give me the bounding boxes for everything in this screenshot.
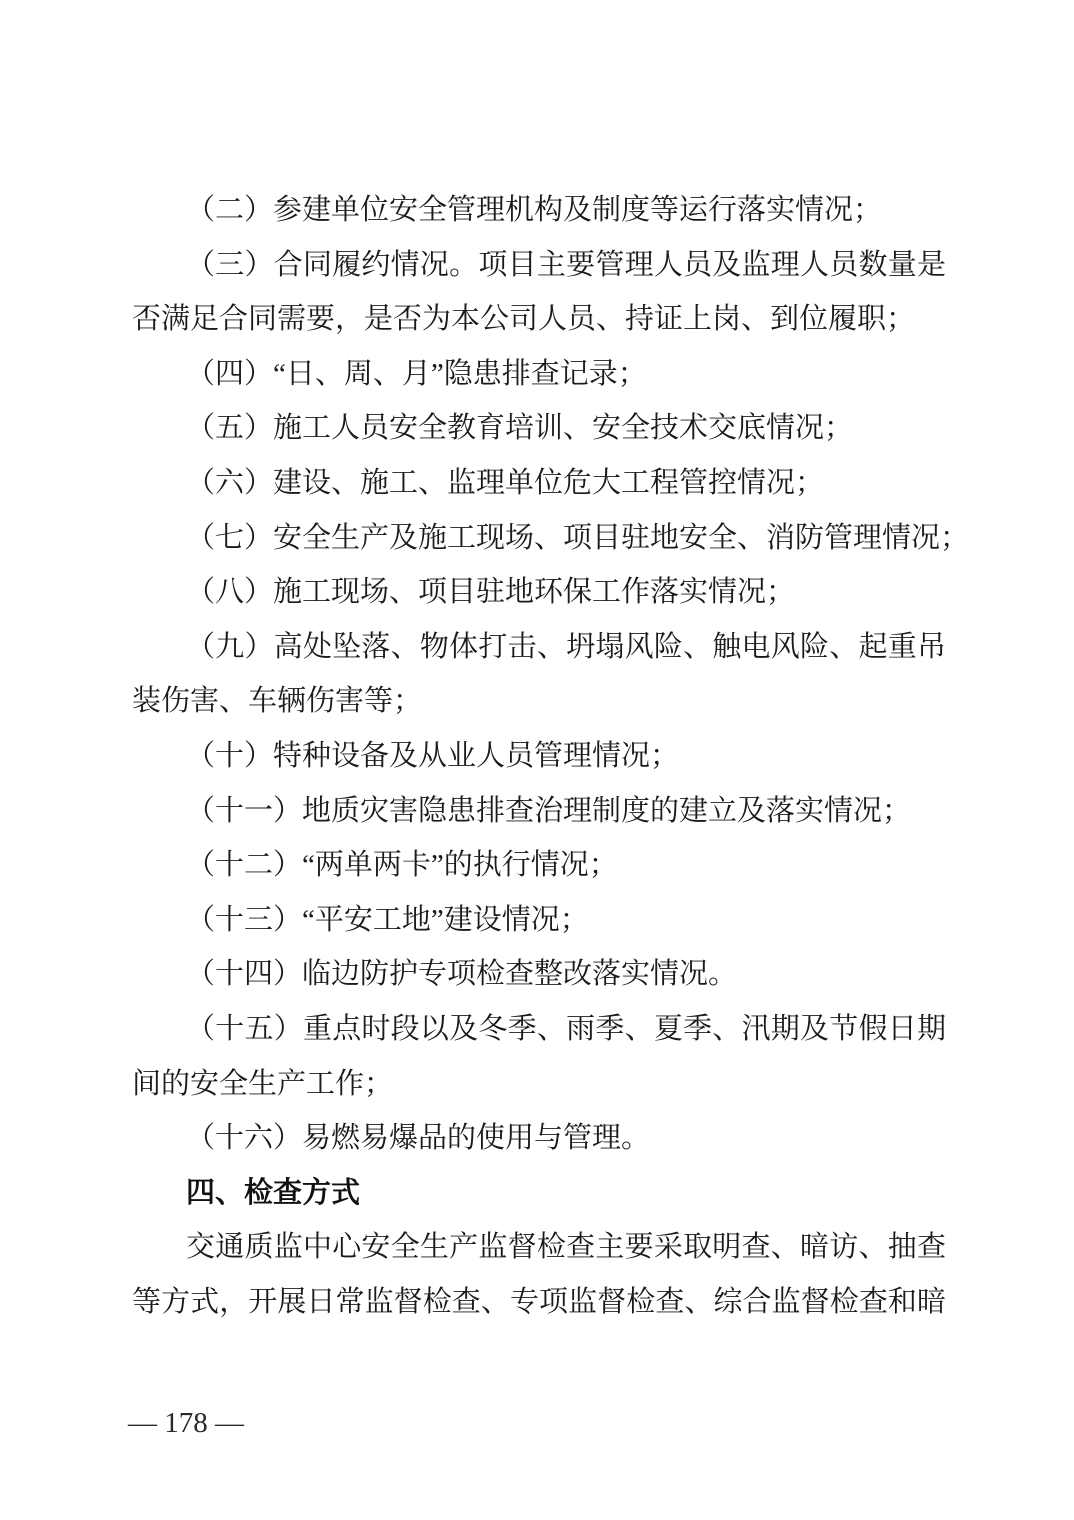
list-item-7: （七）安全生产及施工现场、项目驻地安全、消防管理情况； [132, 511, 946, 566]
list-item-3-line-2: 否满足合同需要，是否为本公司人员、持证上岗、到位履职； [132, 292, 946, 347]
document-body: （二）参建单位安全管理机构及制度等运行落实情况； （三）合同履约情况。项目主要管… [132, 183, 946, 1329]
document-page: （二）参建单位安全管理机构及制度等运行落实情况； （三）合同履约情况。项目主要管… [0, 0, 1074, 1520]
list-item-16: （十六）易燃易爆品的使用与管理。 [132, 1111, 946, 1166]
list-item-14: （十四）临边防护专项检查整改落实情况。 [132, 947, 946, 1002]
paragraph-line-1: 交通质监中心安全生产监督检查主要采取明查、暗访、抽查 [132, 1220, 946, 1275]
list-item-11: （十一）地质灾害隐患排查治理制度的建立及落实情况； [132, 784, 946, 839]
paragraph-line-2: 等方式，开展日常监督检查、专项监督检查、综合监督检查和暗 [132, 1275, 946, 1330]
list-item-9-line-1: （九）高处坠落、物体打击、坍塌风险、触电风险、起重吊 [132, 620, 946, 675]
list-item-8: （八）施工现场、项目驻地环保工作落实情况； [132, 565, 946, 620]
section-heading: 四、检查方式 [132, 1166, 946, 1221]
page-number: — 178 — [128, 1398, 244, 1448]
list-item-10: （十）特种设备及从业人员管理情况； [132, 729, 946, 784]
list-item-3-line-1: （三）合同履约情况。项目主要管理人员及监理人员数量是 [132, 238, 946, 293]
list-item-9-line-2: 装伤害、车辆伤害等； [132, 674, 946, 729]
list-item-12: （十二）“两单两卡”的执行情况； [132, 838, 946, 893]
list-item-2: （二）参建单位安全管理机构及制度等运行落实情况； [132, 183, 946, 238]
list-item-13: （十三）“平安工地”建设情况； [132, 893, 946, 948]
list-item-5: （五）施工人员安全教育培训、安全技术交底情况； [132, 401, 946, 456]
list-item-15-line-1: （十五）重点时段以及冬季、雨季、夏季、汛期及节假日期 [132, 1002, 946, 1057]
list-item-15-line-2: 间的安全生产工作； [132, 1057, 946, 1112]
list-item-6: （六）建设、施工、监理单位危大工程管控情况； [132, 456, 946, 511]
list-item-4: （四）“日、周、月”隐患排查记录； [132, 347, 946, 402]
